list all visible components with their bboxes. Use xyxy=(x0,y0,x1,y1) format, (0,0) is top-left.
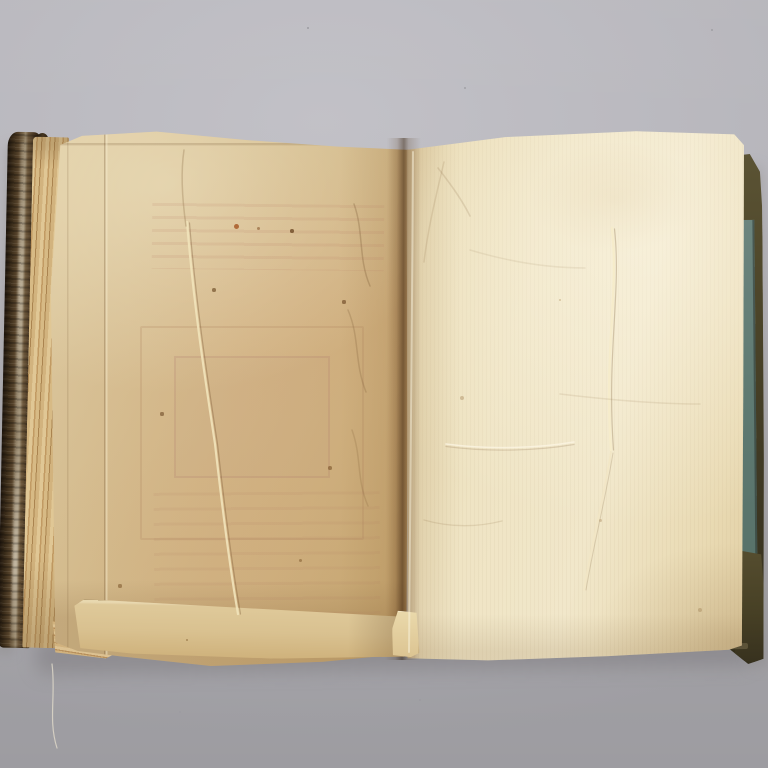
gutter-fold-shadow xyxy=(385,138,421,660)
photo-scene xyxy=(0,0,768,768)
speckle xyxy=(234,224,239,229)
speckle xyxy=(160,412,163,415)
speckle xyxy=(307,27,309,29)
right-page xyxy=(402,128,746,662)
ghost-text-showthrough-middle xyxy=(154,491,381,621)
speckle xyxy=(118,584,121,587)
speckle xyxy=(698,608,702,612)
crease-path xyxy=(52,664,57,748)
ghost-text-showthrough-top xyxy=(152,203,385,271)
ghost-frame-impression-inner xyxy=(174,356,330,478)
left-page xyxy=(48,130,410,666)
speckle xyxy=(599,519,602,522)
speckle xyxy=(711,29,713,31)
speckle xyxy=(342,300,345,303)
speckle xyxy=(212,288,216,292)
speckle xyxy=(179,711,181,713)
speckle xyxy=(257,227,260,230)
speckle xyxy=(328,466,332,470)
speckle xyxy=(460,396,464,400)
speckle xyxy=(299,559,302,562)
speckle xyxy=(464,87,466,89)
speckle xyxy=(419,699,421,701)
speckle xyxy=(290,229,294,233)
